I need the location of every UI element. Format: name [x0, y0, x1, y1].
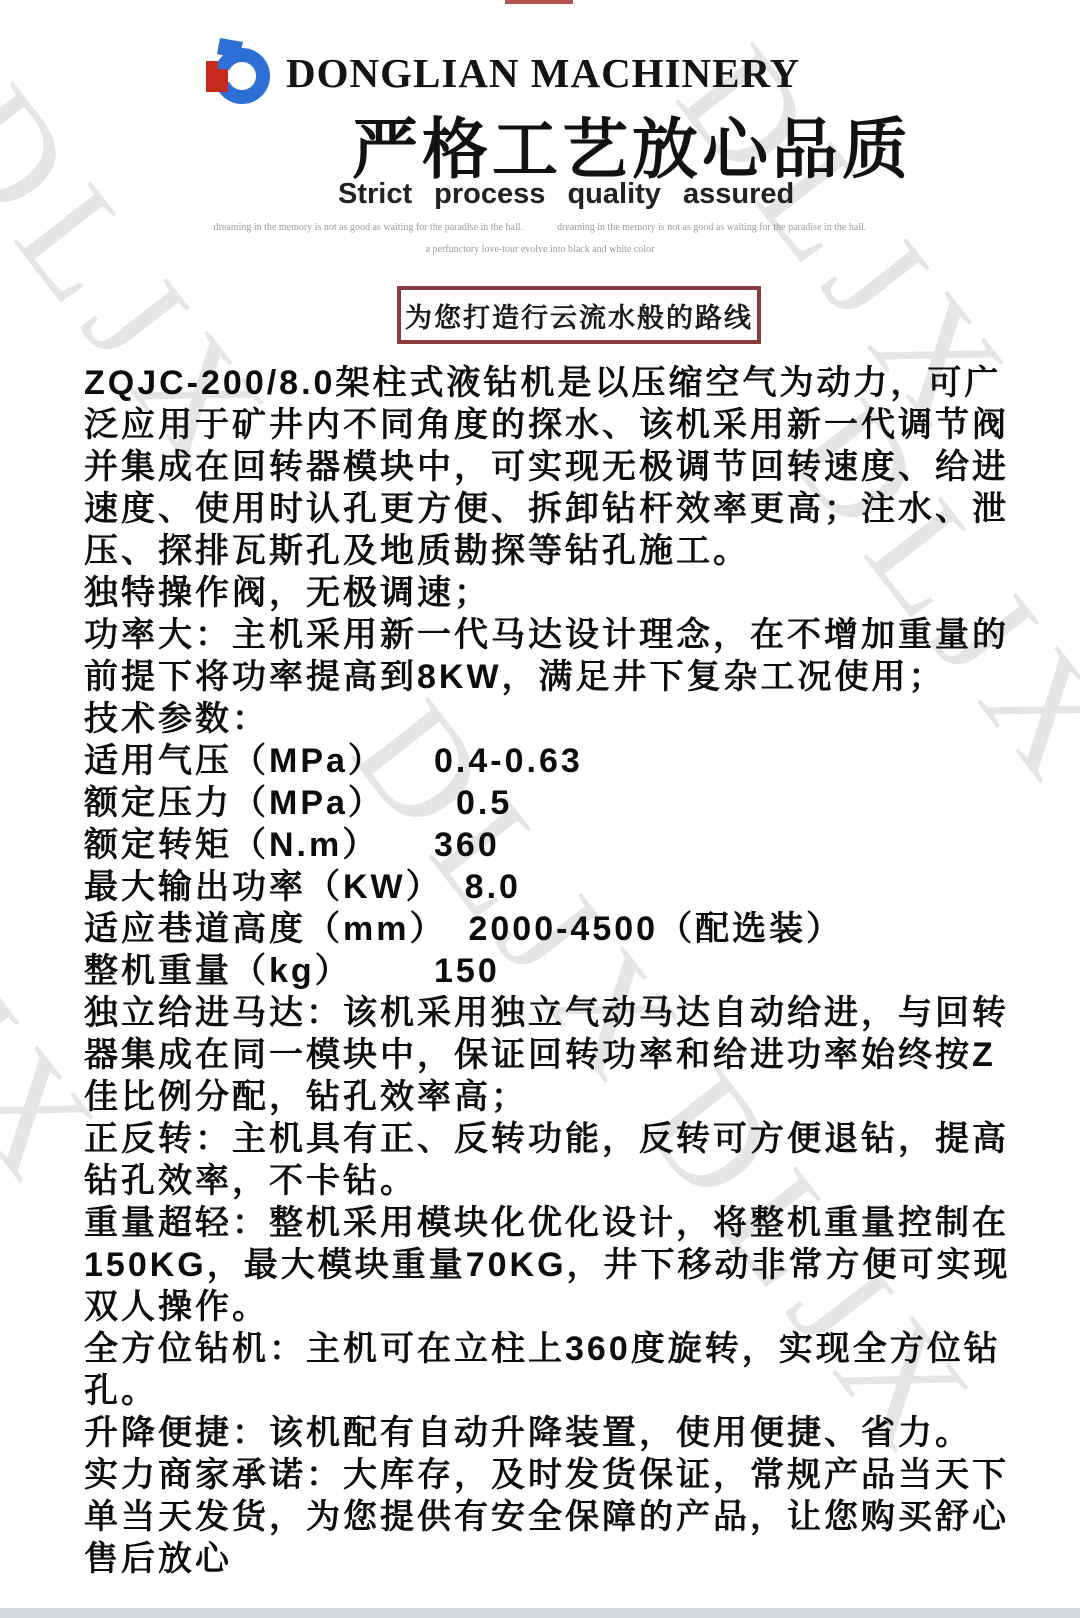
spec-row: 整机重量（kg） 150 — [84, 950, 1012, 992]
donglian-logo-icon — [196, 34, 270, 111]
feature-power: 功率大：主机采用新一代马达设计理念，在不增加重量的前提下将功率提高到8KW，满足… — [84, 614, 1012, 698]
product-detail-page: DLJX DLJX DLJX DLJX DLJX DLJX DONGLIAN M… — [0, 0, 1080, 1618]
bottom-gray-bar — [0, 1608, 1080, 1618]
feature-lightweight: 重量超轻：整机采用模块化优化设计，将整机重量控制在150KG，最大模块重量70K… — [84, 1202, 1012, 1328]
spec-value: 150 — [434, 950, 500, 992]
intro-paragraph: ZQJC-200/8.0架柱式液钻机是以压缩空气为动力，可广泛应用于矿井内不同角… — [84, 362, 1012, 572]
slogan-text: 为您打造行云流水般的路线 — [405, 296, 753, 335]
slogan-box: 为您打造行云流水般的路线 — [397, 286, 761, 344]
spec-label: 最大输出功率（KW） — [84, 866, 443, 908]
spec-value: 360 — [434, 824, 500, 866]
feature-lifting: 升降便捷：该机配有自动升降装置，使用便捷、省力。 — [84, 1412, 1012, 1454]
spec-label: 适用气压（MPa） — [84, 740, 434, 782]
spec-row: 最大输出功率（KW） 8.0 — [84, 866, 1012, 908]
spec-value: 0.4-0.63 — [434, 740, 583, 782]
spec-row: 适用气压（MPa） 0.4-0.63 — [84, 740, 1012, 782]
page-subtitle: Strict process quality assured — [338, 178, 794, 211]
feature-feed-motor: 独立给进马达：该机采用独立气动马达自动给进，与回转器集成在同一模块中，保证回转功… — [84, 992, 1012, 1118]
spec-value: 8.0 — [443, 866, 521, 908]
spec-label: 额定压力（MPa） — [84, 782, 434, 824]
fineprint-copy: dreaming in the memory is not as good as… — [214, 222, 523, 233]
seller-promise: 实力商家承诺：大库存，及时发货保证，常规产品当天下单当天发货，为您提供有安全保障… — [84, 1454, 1012, 1580]
product-description: ZQJC-200/8.0架柱式液钻机是以压缩空气为动力，可广泛应用于矿井内不同角… — [84, 362, 1012, 1580]
feature-reverse: 正反转：主机具有正、反转功能，反转可方便退钻，提高钻孔效率，不卡钻。 — [84, 1118, 1012, 1202]
feature-omnidirection: 全方位钻机：主机可在立柱上360度旋转，实现全方位钻孔。 — [84, 1328, 1012, 1412]
fineprint-line1: dreaming in the memory is not as good as… — [0, 222, 1080, 233]
spec-label: 整机重量（kg） — [84, 950, 434, 992]
spec-value: 2000-4500（配选装） — [446, 908, 843, 950]
spec-label: 适应巷道高度（mm） — [84, 908, 446, 950]
brand-name: DONGLIAN MACHINERY — [286, 49, 800, 97]
fineprint-line2: a perfunctory love-tour evolve into blac… — [0, 244, 1080, 255]
spec-label: 额定转矩（N.m） — [84, 824, 434, 866]
feature-valve: 独特操作阀，无极调速； — [84, 572, 1012, 614]
fineprint-copy: dreaming in the memory is not as good as… — [557, 222, 866, 233]
top-red-strip — [505, 0, 573, 4]
spec-value: 0.5 — [434, 782, 512, 824]
spec-row: 额定转矩（N.m） 360 — [84, 824, 1012, 866]
spec-row: 额定压力（MPa） 0.5 — [84, 782, 1012, 824]
specs-heading: 技术参数： — [84, 698, 1012, 740]
page-title: 严格工艺放心品质 — [352, 96, 912, 191]
spec-row: 适应巷道高度（mm） 2000-4500（配选装） — [84, 908, 1012, 950]
